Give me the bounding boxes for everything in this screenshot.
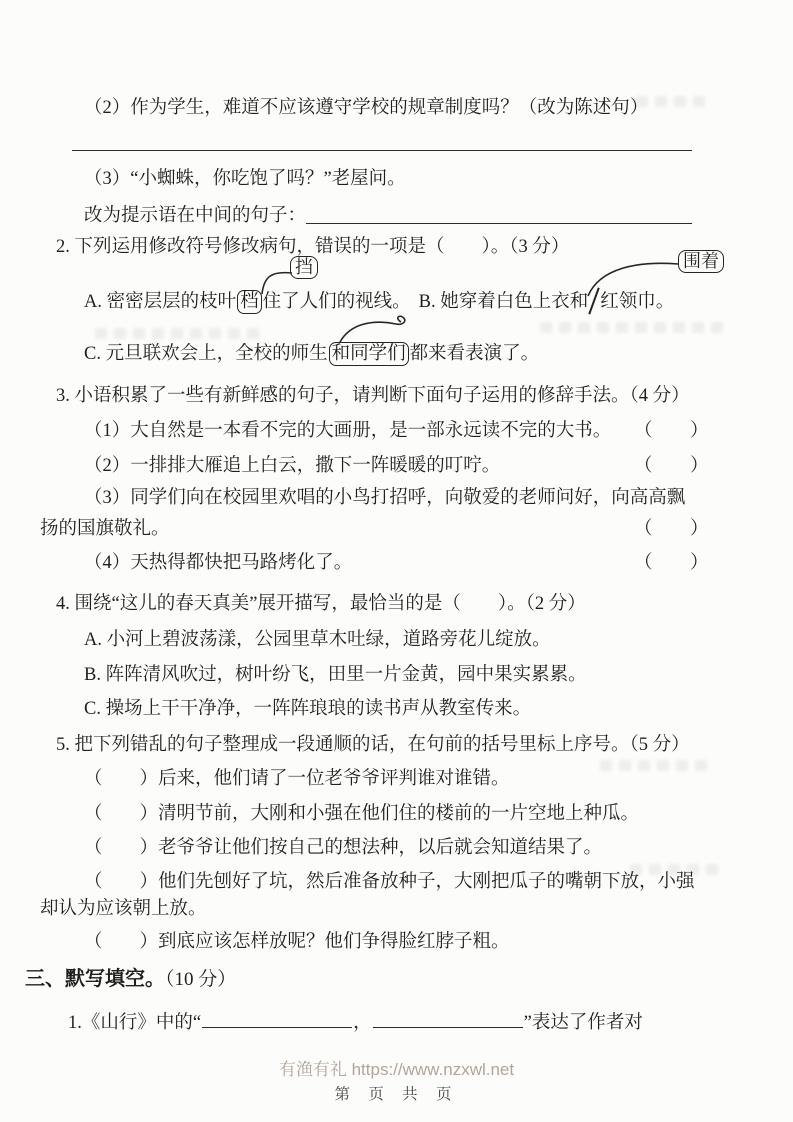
q4-option-b: B. 阵阵清风吹过，树叶纷飞，田里一片金黄，园中果实累累。 (84, 663, 587, 687)
q2-option-a-prefix: A. 密密层层的枝叶 (84, 292, 236, 312)
scan-artifact (600, 760, 710, 771)
q4-option-a: A. 小河上碧波荡漾，公园里草木吐绿，道路旁花儿绽放。 (84, 628, 551, 652)
q5-item-5: （ ）到底应该怎样放呢？他们争得脸红脖子粗。 (84, 930, 510, 954)
s3-item-1-prefix: 1.《山行》中的“ (68, 1013, 201, 1033)
insert-mark (588, 290, 600, 314)
fill-in-blank-1 (202, 1007, 352, 1028)
q3-item-3-line2: 扬的国旗敬礼。 （ ） (40, 517, 170, 541)
q2-option-ab-line: A. 密密层层的枝叶档住了人们的视线。B. 她穿着白色上衣和红领巾。 (84, 290, 674, 314)
q5-stem: 5. 把下列错乱的句子整理成一段通顺的话，在句前的括号里标上序号。（5 分） (56, 733, 690, 757)
answer-blank-line (306, 223, 692, 224)
answer-paren-close: ） (690, 551, 709, 575)
q4-stem: 4. 围绕“这儿的春天真美”展开描写，最恰当的是（ ）。（2 分） (56, 592, 586, 616)
q5-item-3: （ ）老爷爷让他们按自己的想法种，以后就会知道结果了。 (84, 836, 602, 860)
q3-item-2: （2）一排排大雁追上白云，撒下一阵暖暖的叮咛。 （ ） (84, 454, 500, 478)
q2-option-c-line: C. 元旦联欢会上，全校的师生和同学们都来看表演了。 (84, 342, 539, 366)
q2-option-a-suffix: 住了人们的视线。 (263, 292, 411, 312)
q5-item-4-line2: 却认为应该朝上放。 (40, 897, 207, 921)
q3-item-3-line1: （3）同学们向在校园里欢唱的小鸟打招呼，向敬爱的老师问好，向高高飘 (84, 486, 685, 510)
s3-item-1-suffix: ”表达了作者对 (524, 1013, 643, 1033)
q5-item-1: （ ）后来，他们请了一位老爷爷评判谁对谁错。 (84, 767, 510, 791)
s3-item-1: 1.《山行》中的“，”表达了作者对 (68, 1007, 643, 1035)
footer-page-info: 第 页 共 页 (0, 1083, 793, 1107)
answer-paren-open: （ (634, 551, 653, 575)
footer-brand: 有渔有礼 https://www.nzxwl.net (0, 1058, 793, 1082)
fill-in-blank-2 (373, 1007, 523, 1028)
q5-item-4-line1: （ ）他们先刨好了坑，然后准备放种子，大刚把瓜子的嘴朝下放，小强 (84, 870, 695, 894)
answer-paren-close: ） (690, 454, 709, 478)
q2-option-c-suffix: 都来看表演了。 (410, 344, 540, 364)
answer-paren-open: （ (634, 517, 653, 541)
q3-item-1: （1）大自然是一本看不完的大画册，是一部永远读不完的大书。 （ ） (84, 419, 611, 443)
scan-artifact (540, 322, 730, 333)
q2-option-c-prefix: C. 元旦联欢会上，全校的师生 (84, 344, 328, 364)
q3-item-1-text: （1）大自然是一本看不完的大画册，是一部永远读不完的大书。 (84, 421, 611, 441)
exam-page: （2）作为学生，难道不应该遵守学校的规章制度吗？（改为陈述句） （3）“小蜘蛛，… (0, 0, 793, 1122)
answer-paren-close: ） (690, 419, 709, 443)
section-3-title: 三、默写填空。 (25, 968, 165, 990)
section-3-points: （10 分） (165, 969, 236, 990)
q1-item3-text: （3）“小蜘蛛，你吃饱了吗？”老屋问。 (84, 167, 406, 191)
q1-item3-prompt: 改为提示语在中间的句子： (84, 204, 306, 228)
correction-bubble-insert: 围着 (678, 250, 724, 273)
q1-item2-text: （2）作为学生，难道不应该遵守学校的规章制度吗？（改为陈述句） (84, 96, 648, 120)
section-3-heading-line: 三、默写填空。（10 分） (25, 967, 236, 992)
q2-option-b-after: 红领巾。 (600, 292, 674, 312)
q3-item-2-text: （2）一排排大雁追上白云，撒下一阵暖暖的叮咛。 (84, 456, 500, 476)
q5-item-2: （ ）清明节前，大刚和小强在他们住的楼前的一片空地上种瓜。 (84, 802, 639, 826)
q4-option-c: C. 操场上干干净净，一阵阵琅琅的读书声从教室传来。 (84, 697, 531, 721)
q3-item-4: （4）天热得都快把马路烤化了。 （ ） (84, 551, 352, 575)
q3-item-4-text: （4）天热得都快把马路烤化了。 (84, 553, 352, 573)
q2-option-b-before: B. 她穿着白色上衣和 (419, 292, 589, 312)
scan-artifact (630, 864, 720, 875)
q2-stem: 2. 下列运用修改符号修改病句，错误的一项是（ ）。（3 分） (56, 235, 569, 259)
q1-item3-prompt-line: 改为提示语在中间的句子： (84, 204, 692, 228)
answer-blank-line (72, 150, 692, 151)
answer-paren-open: （ (634, 419, 653, 443)
answer-paren-close: ） (690, 517, 709, 541)
scan-artifact (636, 96, 706, 107)
delete-mark-connector (336, 314, 420, 344)
s3-item-1-comma: ， (353, 1013, 372, 1033)
q3-item-3-text2: 扬的国旗敬礼。 (40, 519, 170, 539)
q2-option-a-boxed-word: 档 (237, 290, 262, 314)
answer-paren-open: （ (634, 454, 653, 478)
q3-stem: 3. 小语积累了一些有新鲜感的句子，请判断下面句子运用的修辞手法。（4 分） (56, 384, 690, 408)
q2-option-c-boxed-words: 和同学们 (329, 342, 409, 366)
scan-artifact (95, 328, 265, 339)
